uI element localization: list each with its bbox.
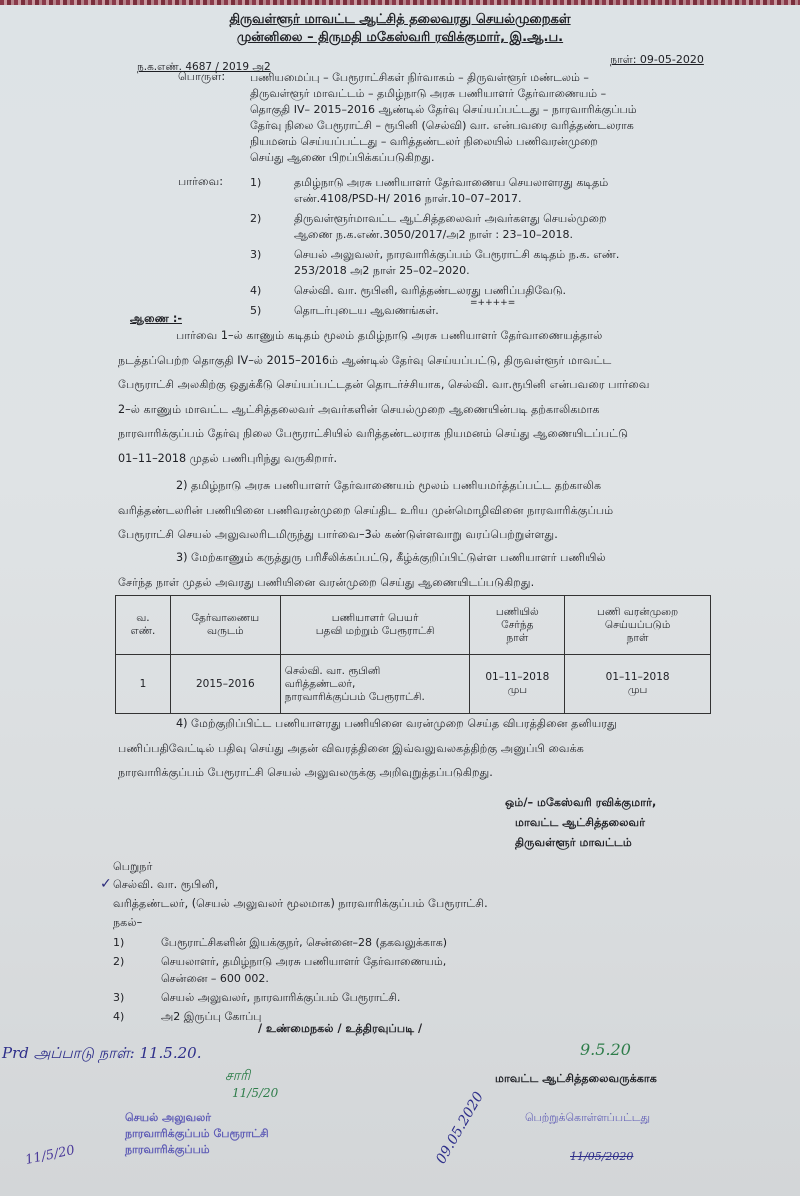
regularize-date-cell: 01–11–2018முப [565, 655, 711, 714]
table-header-cell: பணியாளர் பெயர்பதவி மற்றும் பேரூராட்சி [280, 596, 470, 655]
copy-item: 2)செயலாளர், தமிழ்நாடு அரசு பணியாளர் தேர்… [113, 953, 613, 987]
reference-line: செயல் அலுவலர், நாரவாரிக்குப்பம் பேரூராட்… [294, 247, 619, 263]
subject-line: செய்து ஆணை பிறப்பிக்கப்படுகிறது. [250, 150, 700, 166]
paragraph-line: பார்வை 1–ல் காணும் கடிதம் மூலம் தமிழ்நாட… [118, 324, 698, 349]
paragraph-line: சேர்ந்த நாள் முதல் அவரது பணியினை வரன்முற… [118, 571, 698, 596]
handwritten-date: 11/5/20 [232, 1086, 278, 1100]
stamp-line-2: நாரவாரிக்குப்பம் பேரூராட்சி [125, 1126, 269, 1142]
reference-item: 2)திருவள்ளூர்மாவட்ட ஆட்சித்தலைவர் அவர்கள… [250, 211, 700, 243]
reference-line: 253/2018 அ2 நாள் 25–02–2020. [294, 263, 619, 279]
signature-designation: மாவட்ட ஆட்சித்தலைவர் [515, 816, 645, 830]
paragraph-line: 3) மேற்காணும் கருத்துரு பரிசீலிக்கப்பட்ட… [118, 546, 698, 571]
received-stamp-text: பெற்றுக்கொள்ளப்பட்டது [525, 1110, 650, 1126]
copy-line: பேரூராட்சிகளின் இயக்குநர், சென்னை–28 (தக… [161, 934, 447, 951]
reference-text: தொடர்புடைய ஆவணங்கள். [294, 303, 439, 319]
paragraph-line: பேரூராட்சி அலகிற்கு ஒதுக்கீடு செய்யப்பட்… [118, 373, 698, 398]
reference-number: 2) [250, 211, 294, 243]
paragraph-line: நடத்தப்பெற்ற தொகுதி IV–ல் 2015–2016ம் ஆண… [118, 349, 698, 374]
reference-text: செல்வி. வா. ரூபினி, வரித்தண்டலரது பணிப்ப… [294, 283, 566, 299]
paragraph-line: 4) மேற்குறிப்பிட்ட பணியாளரது பணியினை வரன… [118, 712, 698, 737]
true-copy-label: / உண்மைநகல் / உத்திரவுப்படி / [258, 1022, 422, 1036]
copy-list: 1)பேரூராட்சிகளின் இயக்குநர், சென்னை–28 (… [113, 934, 613, 1027]
subject-block: பணியமைப்பு – பேரூராட்சிகள் நிர்வாகம் – த… [250, 70, 700, 166]
paragraph-line: பணிப்பதிவேட்டில் பதிவு செய்து அதன் விவரத… [118, 737, 698, 762]
copy-text: செயலாளர், தமிழ்நாடு அரசு பணியாளர் தேர்வா… [161, 953, 446, 987]
reference-number: 3) [250, 247, 294, 279]
reference-line: எண்.4108/PSD-H/ 2016 நாள்.10–07–2017. [294, 191, 608, 207]
recipient-label: பெறுநர் [113, 860, 152, 874]
paragraph-line: 2–ல் காணும் மாவட்ட ஆட்சித்தலைவர் அவர்களி… [118, 398, 698, 423]
subject-line: தொகுதி IV– 2015–2016 ஆண்டில் தேர்வு செய்… [250, 102, 700, 118]
paragraph-line: நாரவாரிக்குப்பம் பேரூராட்சி செயல் அலுவலர… [118, 761, 698, 786]
reference-text: தமிழ்நாடு அரசு பணியாளர் தேர்வாணைய செயலாள… [294, 175, 608, 207]
table-header-cell: பணி வரன்முறைசெய்யப்படும்நாள் [565, 596, 711, 655]
recipient-name: செல்வி. வா. ரூபினி, [113, 878, 218, 892]
receipt-date: 09.05.2020 [433, 1089, 487, 1166]
stamp-line-1: செயல் அலுவலர் [125, 1110, 269, 1126]
subject-line: பணியமைப்பு – பேரூராட்சிகள் நிர்வாகம் – த… [250, 70, 700, 86]
subject-label: பொருள்: [178, 70, 225, 84]
order-paragraph-1: பார்வை 1–ல் காணும் கடிதம் மூலம் தமிழ்நாட… [118, 324, 698, 471]
reference-number: 5) [250, 303, 294, 319]
reference-number: 1) [250, 175, 294, 207]
for-collector-label: மாவட்ட ஆட்சித்தலைவருக்காக [495, 1072, 657, 1086]
copy-item: 1)பேரூராட்சிகளின் இயக்குநர், சென்னை–28 (… [113, 934, 613, 951]
table-header-cell: தேர்வாணையவருடம் [170, 596, 280, 655]
separator: =++++= [470, 296, 515, 310]
document-title: திருவள்ளூர் மாவட்ட ஆட்சித் தலைவரது செயல்… [200, 13, 600, 27]
order-paragraph-2: 2) தமிழ்நாடு அரசு பணியாளர் தேர்வாணையம் ம… [118, 474, 698, 548]
reference-text: செயல் அலுவலர், நாரவாரிக்குப்பம் பேரூராட்… [294, 247, 619, 279]
copy-number: 4) [113, 1008, 161, 1025]
copy-text: செயல் அலுவலர், நாரவாரிக்குப்பம் பேரூராட்… [161, 989, 400, 1006]
copy-item: 3)செயல் அலுவலர், நாரவாரிக்குப்பம் பேரூரா… [113, 989, 613, 1006]
table-header-row: வ.எண்.தேர்வாணையவருடம்பணியாளர் பெயர்பதவி … [116, 596, 711, 655]
paragraph-line: 01–11–2018 முதல் பணிபுரிந்து வருகிறார். [118, 447, 698, 472]
office-stamp: செயல் அலுவலர் நாரவாரிக்குப்பம் பேரூராட்ச… [125, 1110, 269, 1158]
copy-text: அ2 இருப்பு கோப்பு [161, 1008, 261, 1025]
copy-number: 1) [113, 934, 161, 951]
copy-text: பேரூராட்சிகளின் இயக்குநர், சென்னை–28 (தக… [161, 934, 447, 951]
table-header-cell: வ.எண். [116, 596, 171, 655]
table-header-cell: பணியில்சேர்ந்தநாள் [470, 596, 565, 655]
reference-number: 4) [250, 283, 294, 299]
reference-line: தமிழ்நாடு அரசு பணியாளர் தேர்வாணைய செயலாள… [294, 175, 608, 191]
photo-top-edge [0, 0, 800, 5]
order-paragraph-4: 4) மேற்குறிப்பிட்ட பணியாளரது பணியினை வரன… [118, 712, 698, 786]
received-sign-date: 11/05/2020 [570, 1150, 633, 1163]
document-date: நாள்: 09-05-2020 [610, 53, 704, 67]
reference-line: ஆணை ந.க.எண்.3050/2017/அ2 நாள் : 23–10–20… [294, 227, 606, 243]
document-subtitle: முன்னிலை – திருமதி மகேஸ்வரி ரவிக்குமார்,… [200, 31, 600, 45]
stamp-line-3: நாரவாரிக்குப்பம் [125, 1142, 269, 1158]
subject-line: திருவள்ளூர் மாவட்டம் – தமிழ்நாடு அரசு பண… [250, 86, 700, 102]
paragraph-line: நாரவாரிக்குப்பம் தேர்வு நிலை பேரூராட்சிய… [118, 422, 698, 447]
exam-year-cell: 2015–2016 [170, 655, 280, 714]
paragraph-line: பேரூராட்சி செயல் அலுவலரிடமிருந்து பார்வை… [118, 523, 698, 548]
copy-line: செயல் அலுவலர், நாரவாரிக்குப்பம் பேரூராட்… [161, 989, 400, 1006]
copy-line: செயலாளர், தமிழ்நாடு அரசு பணியாளர் தேர்வா… [161, 953, 446, 970]
reference-line: செல்வி. வா. ரூபினி, வரித்தண்டலரது பணிப்ப… [294, 283, 566, 299]
stamp-handwritten-date: 11/5/20 [24, 1143, 76, 1168]
copy-number: 3) [113, 989, 161, 1006]
signature-district: திருவள்ளூர் மாவட்டம் [515, 836, 632, 850]
handwritten-initial: சாரி [225, 1068, 250, 1086]
order-paragraph-3: 3) மேற்காணும் கருத்துரு பரிசீலிக்கப்பட்ட… [118, 546, 698, 595]
paragraph-line: வரித்தண்டலரின் பணியினை பணிவரன்முறை செய்த… [118, 499, 698, 524]
copy-line: அ2 இருப்பு கோப்பு [161, 1008, 261, 1025]
check-mark-icon: ✓ [100, 876, 112, 892]
regularization-table: வ.எண்.தேர்வாணையவருடம்பணியாளர் பெயர்பதவி … [115, 595, 711, 714]
reference-line: தொடர்புடைய ஆவணங்கள். [294, 303, 439, 319]
copy-line: சென்னை – 600 002. [161, 970, 446, 987]
reference-item: 1)தமிழ்நாடு அரசு பணியாளர் தேர்வாணைய செயல… [250, 175, 700, 207]
paragraph-line: 2) தமிழ்நாடு அரசு பணியாளர் தேர்வாணையம் ம… [118, 474, 698, 499]
references-label: பார்வை: [178, 175, 223, 189]
handwritten-receipt-note: Prd அப்பாடு நாள்: 11.5.20. [2, 1044, 201, 1064]
copy-number: 2) [113, 953, 161, 987]
serial-number-cell: 1 [116, 655, 171, 714]
handwritten-signature-date: 9.5.20 [580, 1040, 631, 1059]
reference-text: திருவள்ளூர்மாவட்ட ஆட்சித்தலைவர் அவர்களது… [294, 211, 606, 243]
subject-line: தேர்வு நிலை பேரூராட்சி – ரூபினி (செல்வி)… [250, 118, 700, 134]
copy-label: நகல்– [113, 916, 142, 930]
subject-line: நியமனம் செய்யப்பட்டது – வரித்தண்டலர் நில… [250, 134, 700, 150]
table-row: 12015–2016செல்வி. வா. ரூபினிவரித்தண்டலர்… [116, 655, 711, 714]
reference-item: 3)செயல் அலுவலர், நாரவாரிக்குப்பம் பேரூரா… [250, 247, 700, 279]
join-date-cell: 01–11–2018முப [470, 655, 565, 714]
employee-cell: செல்வி. வா. ரூபினிவரித்தண்டலர்,நாரவாரிக்… [280, 655, 470, 714]
recipient-designation: வரித்தண்டலர், (செயல் அலுவலர் மூலமாக) நார… [113, 897, 488, 911]
signature-name: ஒம்/– மகேஸ்வரி ரவிக்குமார், [505, 796, 656, 810]
reference-line: திருவள்ளூர்மாவட்ட ஆட்சித்தலைவர் அவர்களது… [294, 211, 606, 227]
